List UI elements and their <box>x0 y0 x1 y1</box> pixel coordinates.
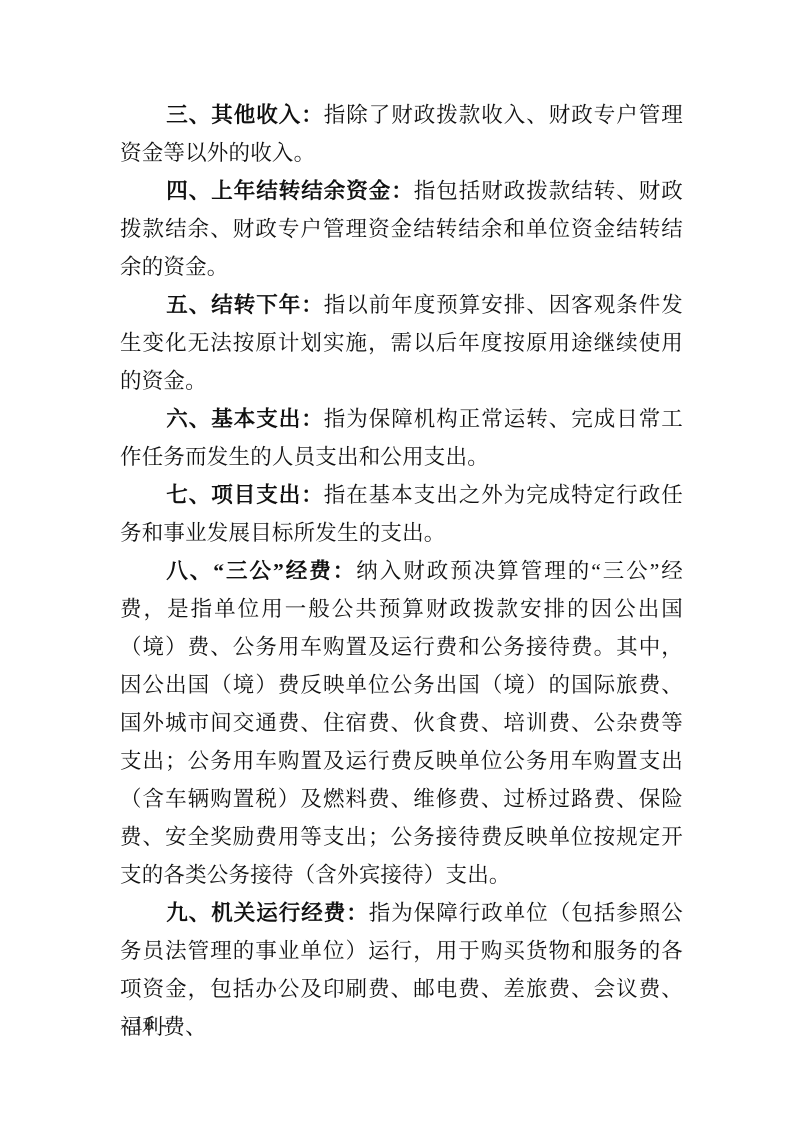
document-page: 三、其他收入：指除了财政拨款收入、财政专户管理资金等以外的收入。 四、上年结转结… <box>0 0 793 1122</box>
term-label: 四、上年结转结余资金： <box>166 179 414 203</box>
paragraph-6-basic-expenditure: 六、基本支出：指为保障机构正常运转、完成日常工作任务而发生的人员支出和公用支出。 <box>120 400 683 476</box>
term-label: 三、其他收入： <box>166 103 324 127</box>
paragraph-5-carryover-to-next-year: 五、结转下年：指以前年度预算安排、因客观条件发生变化无法按原计划实施，需以后年度… <box>120 286 683 400</box>
paragraph-7-project-expenditure: 七、项目支出：指在基本支出之外为完成特定行政任务和事业发展目标所发生的支出。 <box>120 476 683 552</box>
paragraph-9-agency-operation-funds: 九、机关运行经费：指为保障行政单位（包括参照公务员法管理的事业单位）运行，用于购… <box>120 894 683 1046</box>
term-label: 八、“三公”经费： <box>166 559 356 583</box>
term-label: 六、基本支出： <box>166 407 324 431</box>
paragraph-3-other-income: 三、其他收入：指除了财政拨款收入、财政专户管理资金等以外的收入。 <box>120 96 683 172</box>
paragraph-4-carryover-surplus-funds: 四、上年结转结余资金：指包括财政拨款结转、财政拨款结余、财政专户管理资金结转结余… <box>120 172 683 286</box>
term-label: 九、机关运行经费： <box>166 901 369 925</box>
term-definition: 纳入财政预决算管理的“三公”经费，是指单位用一般公共预算财政拨款安排的因公出国（… <box>120 559 683 887</box>
term-label: 五、结转下年： <box>166 293 324 317</box>
page-number: - 10 - <box>121 1014 168 1035</box>
document-body: 三、其他收入：指除了财政拨款收入、财政专户管理资金等以外的收入。 四、上年结转结… <box>120 96 683 1046</box>
term-label: 七、项目支出： <box>166 483 324 507</box>
paragraph-8-three-public-funds: 八、“三公”经费：纳入财政预决算管理的“三公”经费，是指单位用一般公共预算财政拨… <box>120 552 683 894</box>
